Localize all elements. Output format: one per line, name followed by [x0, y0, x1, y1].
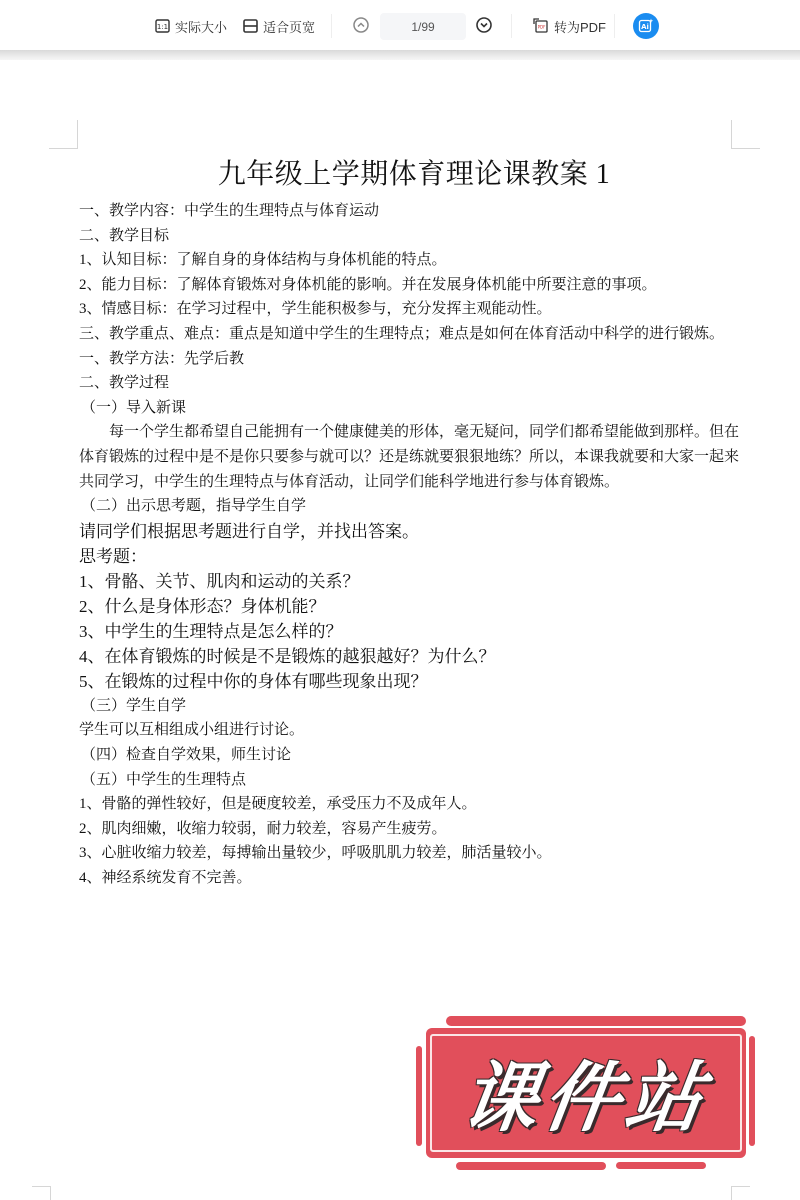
- doc-line: 2、肌肉细嫩，收缩力较弱，耐力较差，容易产生疲劳。: [79, 817, 739, 842]
- doc-line: （一）导入新课: [79, 396, 739, 421]
- actual-size-button[interactable]: 1:1 实际大小: [155, 14, 227, 38]
- doc-line: 3、心脏收缩力较差，每搏输出量较少，呼吸肌肌力较差，肺活量较小。: [79, 841, 739, 866]
- fit-width-label: 适合页宽: [263, 17, 315, 36]
- viewer-toolbar: 1:1 实际大小 适合页宽 1/99 PDF 转为PDF Ai: [0, 0, 800, 50]
- fit-width-icon: [243, 19, 258, 33]
- doc-line: 二、教学过程: [79, 371, 739, 396]
- next-page-button[interactable]: [475, 16, 493, 34]
- convert-pdf-button[interactable]: PDF 转为PDF: [533, 14, 606, 38]
- toolbar-divider: [614, 14, 615, 38]
- page-indicator[interactable]: 1/99: [380, 13, 466, 40]
- ai-assistant-icon: Ai: [638, 18, 654, 34]
- doc-line: 二、教学目标: [79, 224, 739, 249]
- doc-line: 2、什么是身体形态？身体机能？: [79, 594, 739, 619]
- convert-pdf-label: 转为PDF: [554, 17, 606, 36]
- crop-mark-bottom-left: [32, 1186, 51, 1200]
- doc-line: 3、情感目标：在学习过程中，学生能积极参与，充分发挥主观能动性。: [79, 297, 739, 322]
- doc-line: 3、中学生的生理特点是怎么样的？: [79, 619, 739, 644]
- doc-line: 三、教学重点、难点：重点是知道中学生的生理特点；难点是如何在体育活动中科学的进行…: [79, 322, 739, 347]
- doc-line: （四）检查自学效果，师生讨论: [79, 743, 739, 768]
- prev-page-button[interactable]: [352, 16, 370, 34]
- toolbar-divider: [511, 14, 512, 38]
- actual-size-label: 实际大小: [175, 17, 227, 36]
- ai-assistant-button[interactable]: Ai: [633, 13, 659, 39]
- toolbar-separator: [0, 50, 800, 60]
- document-title: 九年级上学期体育理论课教案 1: [79, 155, 739, 195]
- pdf-convert-icon: PDF: [533, 18, 549, 34]
- crop-mark-bottom-right: [731, 1186, 750, 1200]
- svg-text:Ai: Ai: [641, 23, 649, 31]
- document-page: 九年级上学期体育理论课教案 1 一、教学内容：中学生的生理特点与体育运动 二、教…: [79, 155, 739, 890]
- svg-text:1:1: 1:1: [157, 23, 168, 31]
- doc-line: 一、教学内容：中学生的生理特点与体育运动: [79, 199, 739, 224]
- toolbar-divider: [331, 14, 332, 38]
- crop-mark-top-left: [49, 120, 78, 149]
- doc-line: 2、能力目标：了解体育锻炼对身体机能的影响。并在发展身体机能中所要注意的事项。: [79, 273, 739, 298]
- doc-line: （二）出示思考题，指导学生自学: [79, 494, 739, 519]
- doc-line: 1、骨骼的弹性较好，但是硬度较差，承受压力不及成年人。: [79, 792, 739, 817]
- crop-mark-top-right: [731, 120, 760, 149]
- doc-paragraph: 每一个学生都希望自己能拥有一个健康健美的形体，毫无疑问，同学们都希望能做到那样。…: [79, 420, 739, 494]
- chevron-up-circle-icon: [352, 16, 370, 34]
- chevron-down-circle-icon: [475, 16, 493, 34]
- watermark-stamp: 课件站: [416, 1016, 752, 1168]
- doc-line: （五）中学生的生理特点: [79, 768, 739, 793]
- doc-line: 4、神经系统发育不完善。: [79, 866, 739, 891]
- doc-line: 一、教学方法：先学后教: [79, 347, 739, 372]
- doc-line: 5、在锻炼的过程中你的身体有哪些现象出现？: [79, 669, 739, 694]
- doc-line: 思考题：: [79, 544, 739, 569]
- doc-line: 请同学们根据思考题进行自学，并找出答案。: [79, 519, 739, 544]
- doc-line: 1、骨骼、关节、肌肉和运动的关系？: [79, 569, 739, 594]
- actual-size-icon: 1:1: [155, 19, 170, 33]
- doc-line: 学生可以互相组成小组进行讨论。: [79, 718, 739, 743]
- svg-text:PDF: PDF: [538, 25, 546, 30]
- doc-line: 1、认知目标：了解自身的身体结构与身体机能的特点。: [79, 248, 739, 273]
- fit-width-button[interactable]: 适合页宽: [243, 14, 315, 38]
- watermark-text: 课件站: [418, 1036, 753, 1146]
- doc-line: （三）学生自学: [79, 694, 739, 719]
- page-number: 1/99: [411, 20, 434, 34]
- doc-line: 4、在体育锻炼的时候是不是锻炼的越狠越好？为什么？: [79, 644, 739, 669]
